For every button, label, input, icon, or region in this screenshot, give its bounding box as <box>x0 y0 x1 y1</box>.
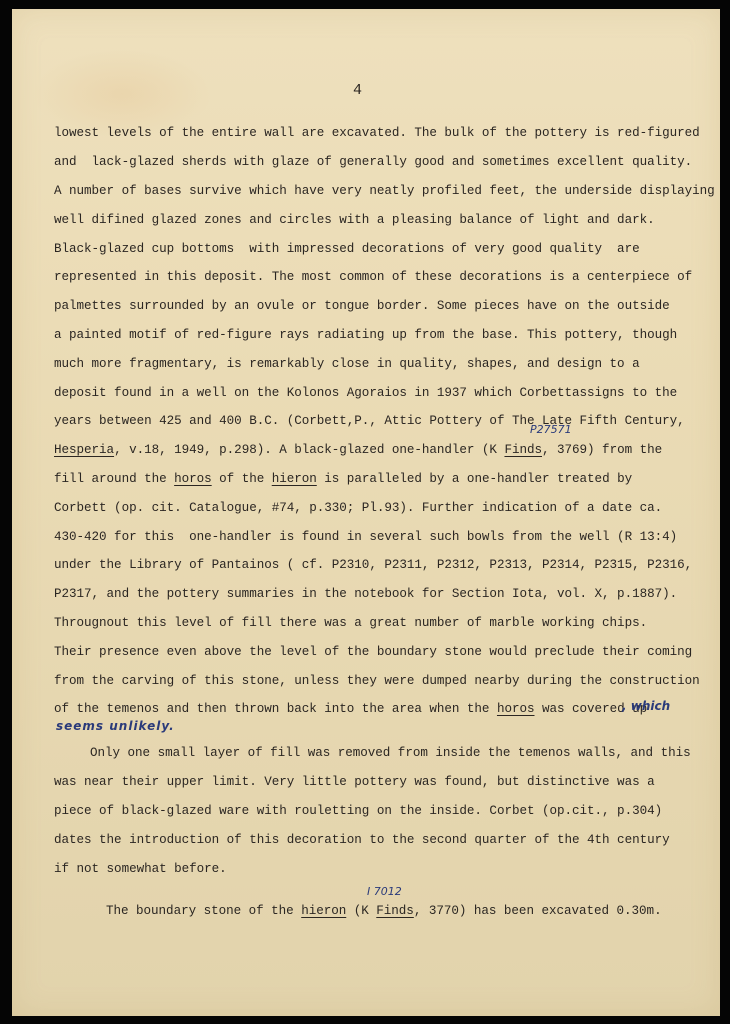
handwritten-inventory-number: I 7012 <box>367 885 402 898</box>
text-segment: , v.18, 1949, p.298). A black-glazed one… <box>114 443 504 457</box>
text-line: palmettes surrounded by an ovule or tong… <box>54 299 670 313</box>
underlined-hesperia: Hesperia <box>54 443 114 457</box>
underlined-hieron: hieron <box>301 904 346 918</box>
text-line: if not somewhat before. <box>54 862 227 876</box>
text-segment: The boundary stone of the <box>106 904 301 918</box>
handwritten-inventory-number: P27571 <box>530 423 572 436</box>
text-segment: (K <box>346 904 376 918</box>
text-segment: is paralleled by a one-handler treated b… <box>317 472 632 486</box>
underlined-horos: horos <box>497 702 535 716</box>
handwritten-which-note: , which <box>622 699 670 713</box>
text-line: The boundary stone of the hieron (K Find… <box>106 904 662 918</box>
underlined-hieron: hieron <box>272 472 317 486</box>
text-segment: fill around the <box>54 472 174 486</box>
document-page: 4 lowest levels of the entire wall are e… <box>12 9 720 1016</box>
handwritten-unlikely-note: seems unlikely. <box>56 719 175 733</box>
text-segment: of the temenos and then thrown back into… <box>54 702 497 716</box>
text-line: Hesperia, v.18, 1949, p.298). A black-gl… <box>54 443 662 457</box>
underlined-horos: horos <box>174 472 212 486</box>
text-line: Througnout this level of fill there was … <box>54 616 647 630</box>
text-segment: , 3769) from the <box>542 443 662 457</box>
text-line: Their presence even above the level of t… <box>54 645 692 659</box>
page-number: 4 <box>353 82 362 99</box>
text-line: Corbett (op. cit. Catalogue, #74, p.330;… <box>54 501 662 515</box>
text-line: a painted motif of red-figure rays radia… <box>54 328 677 342</box>
underlined-finds: Finds <box>376 904 414 918</box>
text-line: piece of black-glazed ware with rouletti… <box>54 804 662 818</box>
text-line: under the Library of Pantainos ( cf. P23… <box>54 558 692 572</box>
text-segment: , 3770) has been excavated 0.30m. <box>414 904 662 918</box>
underlined-finds: Finds <box>504 443 542 457</box>
text-line: 430-420 for this one-handler is found in… <box>54 530 677 544</box>
text-line: well difined glazed zones and circles wi… <box>54 213 655 227</box>
text-line: from the carving of this stone, unless t… <box>54 674 700 688</box>
text-line: of the temenos and then thrown back into… <box>54 702 647 716</box>
text-line: deposit found in a well on the Kolonos A… <box>54 386 677 400</box>
text-line: represented in this deposit. The most co… <box>54 270 692 284</box>
text-line: dates the introduction of this decoratio… <box>54 833 670 847</box>
text-segment: of the <box>212 472 272 486</box>
text-line: years between 425 and 400 B.C. (Corbett,… <box>54 414 685 428</box>
text-line: Black-glazed cup bottoms with impressed … <box>54 242 640 256</box>
text-line: lowest levels of the entire wall are exc… <box>54 126 700 140</box>
text-line: P2317, and the pottery summaries in the … <box>54 587 677 601</box>
text-line: much more fragmentary, is remarkably clo… <box>54 357 640 371</box>
text-line: A number of bases survive which have ver… <box>54 184 715 198</box>
text-line: fill around the horos of the hieron is p… <box>54 472 632 486</box>
text-line: and lack-glazed sherds with glaze of gen… <box>54 155 692 169</box>
text-line: was near their upper limit. Very little … <box>54 775 655 789</box>
text-line: Only one small layer of fill was removed… <box>90 746 691 760</box>
